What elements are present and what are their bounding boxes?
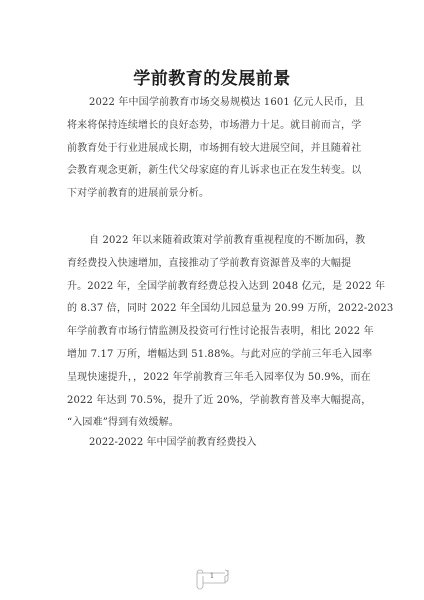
paragraph-line: “入园难”得到有效缓解。 [67,412,359,435]
paragraph-line: 会教育观念更新，新生代父母家庭的育儿诉求也正在发生转变。以 [67,160,359,183]
paragraph-line: 2022 年达到 70.5%，提升了近 20%，学前教育普及率大幅提高， [67,390,359,413]
paragraph-line: 增加 7.17 万所，增幅达到 51.88%。与此对应的学前三年毛入园率 [67,344,359,367]
paragraph-market-size: 2022 年中国学前教育市场交易规模达 1601 亿元人民币，且 将来将保持连续… [67,92,359,206]
paragraph-line: 升。2022 年，全国学前教育经费总投入达到 2048 亿元，是 2022 年 [67,276,359,299]
paragraph-line: 将来将保持连续增长的良好态势，市场潜力十足。就目前而言，学 [67,115,359,138]
paragraph-line: 自 2022 年以来随着政策对学前教育重视程度的不断加码，教 [67,230,359,253]
figure-caption: 2022-2022 年中国学前教育经费投入 [89,433,256,448]
paragraph-line: 下对学前教育的进展前景分析。 [67,183,359,206]
paragraph-line: 呈现快速提升，，2022 年学前教育三年毛入园率仅为 50.9%，而在 [67,367,359,390]
paragraph-funding: 自 2022 年以来随着政策对学前教育重视程度的不断加码，教 育经费投入快速增加… [67,230,359,435]
page-number-scroll: 1 [191,566,233,590]
paragraph-line: 的 8.37 倍，同时 2022 年全国幼儿园总量为 20.99 万所，2022… [67,298,359,321]
paragraph-line: 年学前教育市场行情监测及投资可行性讨论报告表明，相比 2022 年 [67,321,359,344]
page-number: 1 [191,572,233,580]
paragraph-line: 育经费投入快速增加，直接推动了学前教育资源普及率的大幅提 [67,253,359,276]
paragraph-line: 前教育处于行业进展成长期，市场拥有较大进展空间，并且随着社 [67,138,359,161]
document-title: 学前教育的发展前景 [0,64,424,89]
paragraph-line: 2022 年中国学前教育市场交易规模达 1601 亿元人民币，且 [67,92,359,115]
document-page: 学前教育的发展前景 2022 年中国学前教育市场交易规模达 1601 亿元人民币… [0,0,424,600]
